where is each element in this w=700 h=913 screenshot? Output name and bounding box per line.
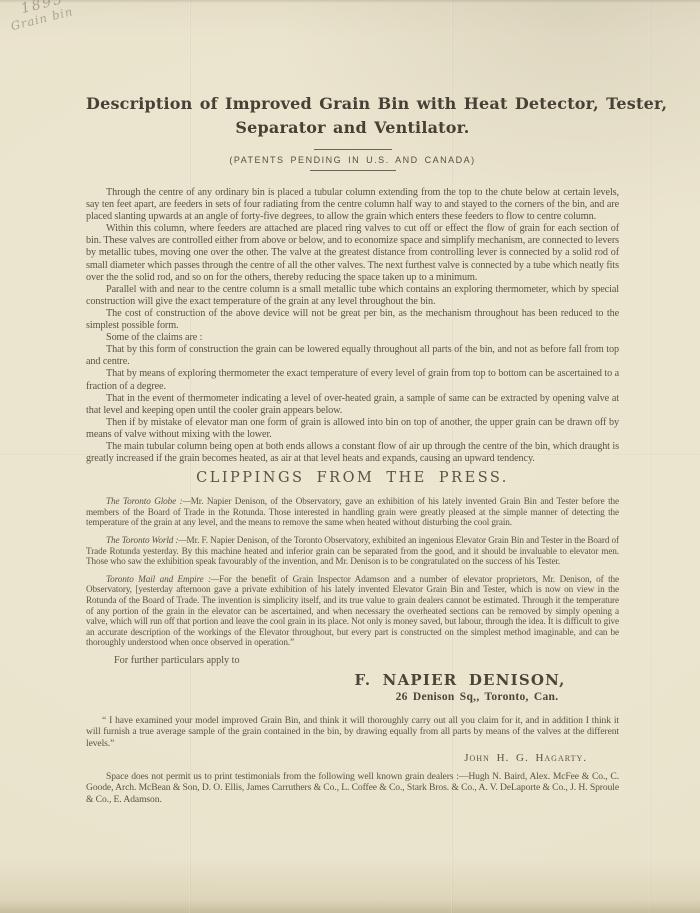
scanned-document-sheet: 1895 Grain bin Description of Improved G… [0, 0, 700, 913]
testimonial-signature: John H. G. Hagarty. [86, 752, 619, 764]
press-section-heading: CLIPPINGS FROM THE PRESS. [86, 470, 619, 486]
description-paragraph: Parallel with and near to the centre col… [86, 284, 619, 308]
description-paragraph: Within this column, where feeders are at… [86, 223, 619, 283]
claim-paragraph: That in the event of thermometer indicat… [86, 393, 619, 417]
patent-notice-block: (PATENTS PENDING IN U.S. AND CANADA) [86, 149, 619, 171]
title-line-1: Description of Improved Grain Bin with H… [86, 92, 619, 116]
clipping-source: The Toronto Globe :— [106, 496, 191, 506]
contact-address: 26 Denison Sq,, Toronto, Can. [301, 691, 619, 703]
clipping-source: The Toronto World :— [106, 535, 187, 545]
press-clipping-mail-empire: Toronto Mail and Empire :—For the benefi… [86, 574, 619, 648]
description-section: Through the centre of any ordinary bin i… [86, 187, 619, 465]
apply-lead-in: For further particulars apply to [86, 655, 619, 666]
pencil-annotation: 1895 Grain bin [6, 0, 75, 33]
clipping-text: For the benefit of Grain Inspector Adams… [86, 574, 619, 648]
document-content: Description of Improved Grain Bin with H… [86, 0, 619, 805]
press-clipping-world: The Toronto World :—Mr. F. Napier Deniso… [86, 535, 619, 567]
rule-below-patent [310, 170, 396, 171]
testimonial-quote: “ I have examined your model improved Gr… [86, 715, 619, 749]
claim-paragraph: That by this form of construction the gr… [86, 344, 619, 368]
patent-notice: (PATENTS PENDING IN U.S. AND CANADA) [86, 155, 619, 165]
press-clippings: The Toronto Globe :—Mr. Napier Denison, … [86, 496, 619, 648]
claim-paragraph: Then if by mistake of elevator man one f… [86, 417, 619, 441]
document-title: Description of Improved Grain Bin with H… [86, 92, 619, 140]
description-paragraph: Through the centre of any ordinary bin i… [86, 187, 619, 223]
title-line-2: Separator and Ventilator. [86, 116, 619, 140]
rule-above-patent [314, 149, 392, 150]
dealers-paragraph: Space does not permit us to print testim… [86, 771, 619, 805]
description-paragraph: The cost of construction of the above de… [86, 308, 619, 332]
description-paragraph: The main tubular column being open at bo… [86, 441, 619, 465]
claim-paragraph: That by means of exploring thermometer t… [86, 368, 619, 392]
vertical-fold-crease [649, 0, 651, 913]
claims-lead-in: Some of the claims are : [86, 332, 619, 344]
clipping-source: Toronto Mail and Empire :— [106, 574, 219, 584]
press-clipping-globe: The Toronto Globe :—Mr. Napier Denison, … [86, 496, 619, 528]
contact-block: F. NAPIER DENISON, 26 Denison Sq,, Toron… [86, 671, 619, 703]
contact-name: F. NAPIER DENISON, [301, 671, 619, 689]
